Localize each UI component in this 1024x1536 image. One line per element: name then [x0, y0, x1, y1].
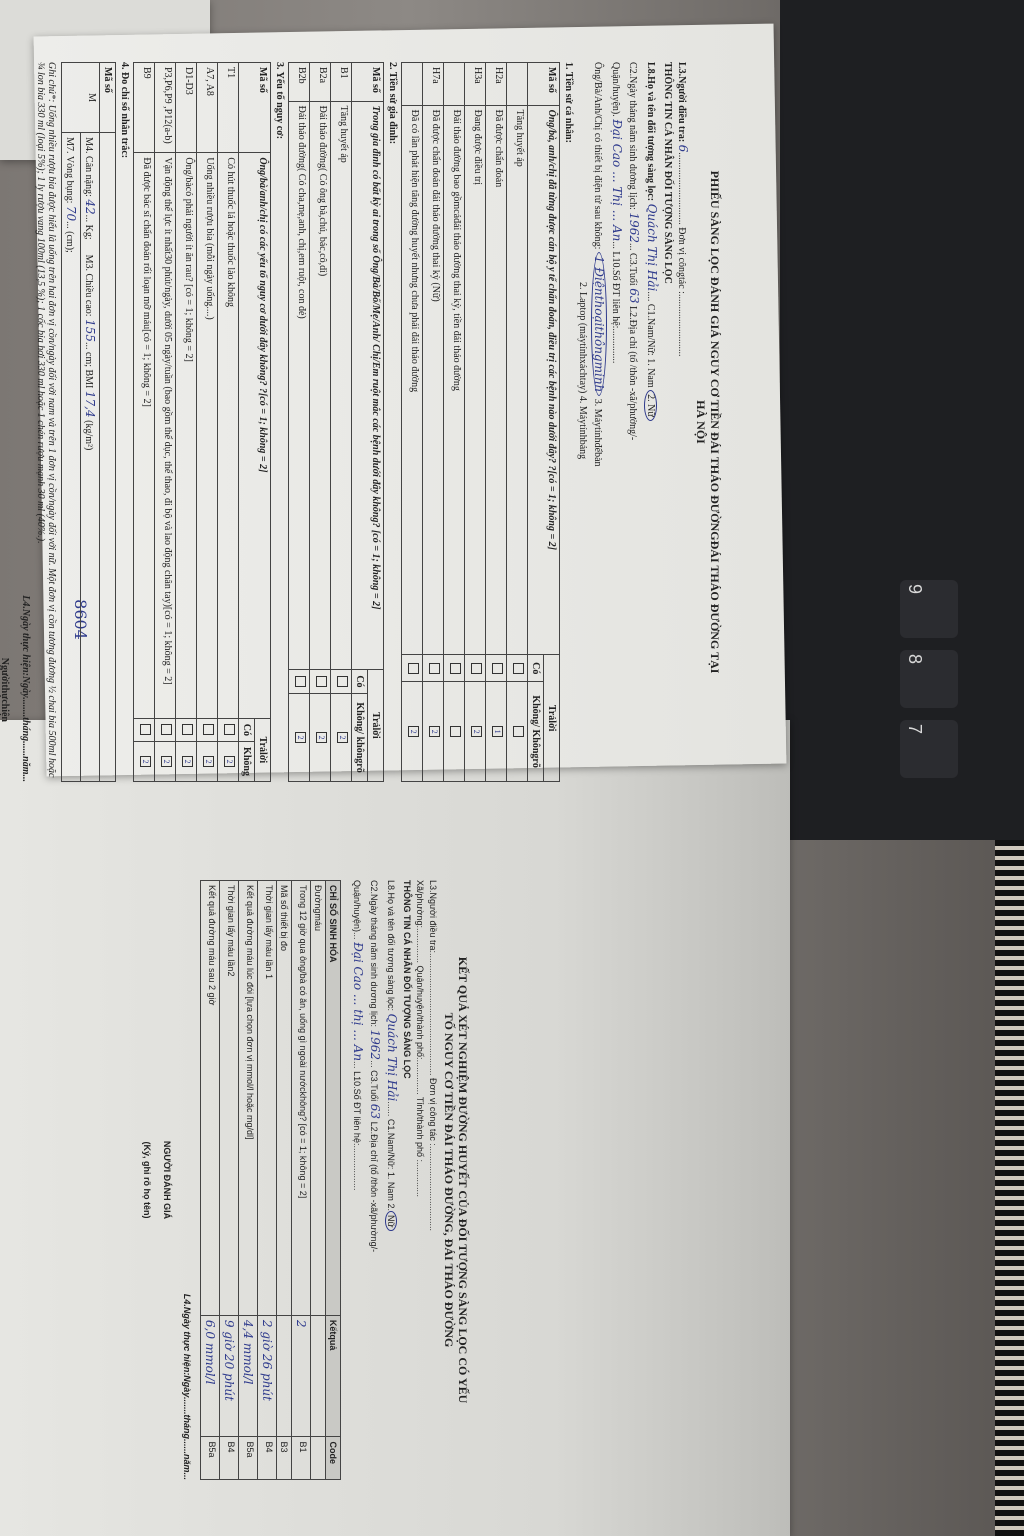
- yes-cell: [197, 718, 218, 741]
- yes-cell: [155, 718, 176, 741]
- name-value: Quách Thị Hải: [645, 204, 659, 292]
- name-row: L8.Họ và tên đối tượng sàng lọc: Quách T…: [385, 880, 399, 1480]
- signer-title: Ngườithựchiện: [0, 62, 10, 782]
- yes-cell: [444, 655, 465, 682]
- sec2-col-no: Không/ khôngrõ: [352, 694, 368, 782]
- interviewer-row: L3.Người điều tra:......................…: [428, 880, 438, 1480]
- row-code: P3,P6,P9 ,P12(a-b): [155, 63, 176, 153]
- row-code: [402, 63, 423, 106]
- row-label: Đang được điều trị: [465, 105, 486, 655]
- yes-checkbox[interactable]: [203, 724, 214, 735]
- form-title: PHIẾU SÀNG LỌC ĐÁNH GIÁ NGUY CƠ TIỀN ĐÁI…: [693, 62, 722, 782]
- cell-label: Thời gian lấy máu lần2: [220, 881, 239, 1316]
- sec3-answer-header: Trảlời: [255, 718, 271, 781]
- no-cell: 2: [289, 694, 310, 782]
- table-row: B9Đã được bác sĩ chẩn đoán rối loạn mỡ m…: [134, 63, 155, 782]
- phone-label: L10.Số ĐT liên hệ:: [610, 251, 621, 328]
- sec3-rows: T1Có hút thuốc lá hoặc thuốc lào không2A…: [134, 63, 239, 782]
- table-row: T1Có hút thuốc lá hoặc thuốc lào không2: [218, 63, 239, 782]
- sec1-question: Ông/bà, anh/chị đã từng được cán bộ y tế…: [528, 105, 560, 655]
- waist-value: 70: [64, 206, 78, 221]
- dob-row: C2.Ngày tháng năm sinh dương lịch: 1962.…: [627, 62, 641, 782]
- biochem-rows: ĐườngmáuTrong 12 giờ qua ông/bà có ăn, u…: [201, 881, 326, 1480]
- row-code: H7a: [423, 63, 444, 106]
- no-cell: 2: [402, 682, 423, 782]
- weight-height-row: M4. Cân nặng: 42... Kg; M3. Chiều cao: 1…: [81, 133, 100, 782]
- sec1-answer-header: Trảlời: [544, 655, 560, 782]
- weight-unit: Kg;: [83, 225, 94, 240]
- table-row: Đái tháo đường bao gồmcảđái tháo đường t…: [444, 63, 465, 782]
- cell-label: Kết quả đường máu sau 2 giờ: [201, 881, 220, 1316]
- sec2-title: 2. Tiền sử gia đình:: [387, 62, 398, 782]
- bmi-label: BMI: [83, 370, 94, 389]
- sec2-answer-header: Trảlời: [368, 669, 384, 781]
- form-title: KẾT QUẢ XÉT NGHIỆM ĐƯỜNG HUYẾT CỦA ĐỐI T…: [441, 880, 470, 1480]
- yes-cell: [465, 655, 486, 682]
- row-code: [444, 63, 465, 106]
- no-cell: 2: [331, 694, 352, 782]
- yes-checkbox[interactable]: [182, 724, 193, 735]
- no-checkbox[interactable]: 1: [492, 726, 503, 737]
- sec2-table: Mã số Trong gia đình có bất kỳ ai trong …: [288, 62, 384, 782]
- sec1-col-no: Không/ Khôngrõ: [528, 682, 544, 782]
- gender-selected: 2. Nữ: [644, 390, 657, 421]
- row-label: Đái tháo đường( Có ông bà,chú, bác,cô,dì…: [310, 101, 331, 669]
- signer-note: (Ký, ghi rõ họ tên): [142, 880, 152, 1480]
- title-line-2: TỐ NGUY CƠ TIỀN ĐÁI THÁO ĐƯỜNG, ĐÁI THÁO…: [441, 880, 455, 1480]
- cell-code: B1: [292, 1437, 311, 1480]
- key-label: 7: [904, 724, 925, 734]
- interviewer-row: L3.Người điều tra: 6....................…: [676, 62, 690, 782]
- no-checkbox[interactable]: 2: [203, 756, 214, 767]
- sec1-table: Mã số Ông/bà, anh/chị đã từng được cán b…: [401, 62, 560, 782]
- date-line: L4.Ngày thực hiện:Ngày........tháng.....…: [20, 62, 31, 782]
- row-code: B2a: [310, 63, 331, 102]
- table-row: Mã số thiết bị đoB3: [277, 881, 292, 1480]
- bmi-value: 17,4: [83, 391, 97, 418]
- yes-cell: [507, 655, 528, 682]
- row-label: Đã được chẩn đoán đái tháo đường thai kỳ…: [423, 105, 444, 655]
- work-unit-label: Đơn vị côngtác :: [676, 227, 687, 294]
- weight-label: M4. Cân nặng:: [83, 137, 94, 197]
- table-row: P3,P6,P9 ,P12(a-b)Vận động thể lực ít nh…: [155, 63, 176, 782]
- dob-row: C2.Ngày tháng năm sinh dương lịch: 1962.…: [368, 880, 382, 1480]
- row-code: B1: [331, 63, 352, 102]
- table-row: Tăng huyết áp: [507, 63, 528, 782]
- height-unit: cm;: [83, 352, 94, 367]
- no-checkbox[interactable]: 2: [429, 726, 440, 737]
- height-label: M3. Chiều cao:: [83, 255, 94, 317]
- table-row: B2bĐái tháo đường( Có cha,mẹ,anh, chị,em…: [289, 63, 310, 782]
- yes-checkbox[interactable]: [429, 663, 440, 674]
- row-code: A7, A8: [197, 63, 218, 153]
- row-code: B2b: [289, 63, 310, 102]
- yes-checkbox[interactable]: [492, 663, 503, 674]
- yes-cell: [423, 655, 444, 682]
- yes-cell: [289, 669, 310, 693]
- row-code: H2a: [486, 63, 507, 106]
- table-row: H3aĐang được điều trị2: [465, 63, 486, 782]
- no-checkbox[interactable]: 2: [316, 732, 327, 743]
- row-code: H3a: [465, 63, 486, 106]
- table-row: Đã có lần phát hiện tăng đường huyết như…: [402, 63, 423, 782]
- row-label: Tăng huyết áp: [331, 101, 352, 669]
- sec3-code-header: Mã số: [239, 63, 271, 153]
- col-header-result: Kếtquả: [326, 1315, 341, 1437]
- table-row: B1Tăng huyết áp2: [331, 63, 352, 782]
- no-cell: 2: [465, 682, 486, 782]
- district2-row: Quận/huyện)... Đại Cao ... thị ... An...…: [351, 880, 365, 1480]
- table-row: Kết quả đường máu lúc đói [lựa chọn đơn …: [239, 881, 258, 1480]
- no-cell: 2: [423, 682, 444, 782]
- interviewer-value: 6: [676, 145, 690, 153]
- phone-label: L10.Số ĐT liên hệ:: [352, 1071, 362, 1145]
- no-checkbox[interactable]: 2: [295, 732, 306, 743]
- sec4-code: M: [62, 63, 100, 133]
- row-label: Ông/bàcó phải người ít ăn rau? [có = 1; …: [176, 153, 197, 718]
- waist-row: M7. Vòng bụng: 70... (cm);: [62, 133, 81, 782]
- no-checkbox[interactable]: 2: [161, 756, 172, 767]
- sec4-table: Mã số M M4. Cân nặng: 42... Kg; M3. Chiề…: [61, 62, 116, 782]
- cell-result[interactable]: [311, 1315, 326, 1437]
- sec1-title: 1. Tiền sử cá nhân:: [563, 62, 574, 782]
- sec3-col-yes: Có: [239, 718, 255, 741]
- col-header-code: Code: [326, 1437, 341, 1480]
- no-checkbox[interactable]: 2: [337, 732, 348, 743]
- table-row: D1-D3Ông/bàcó phải người ít ăn rau? [có …: [176, 63, 197, 782]
- no-cell: 1: [486, 682, 507, 782]
- device-row-2: 2. Laptop (máytínhxáchtay) 4. Máytínhbản…: [577, 62, 588, 782]
- name-value: Quách Thị Hải: [385, 1014, 399, 1102]
- sec4-title: 4. Đo chỉ số nhân trắc:: [119, 62, 130, 782]
- table-row: Đườngmáu: [311, 881, 326, 1480]
- location-row: Xã/phường:.............. Quận/huyện/thàn…: [415, 880, 425, 1480]
- sec3-title: 3. Yếu tố nguy cơ:: [274, 62, 285, 782]
- cell-result[interactable]: 4,4 mmol/l: [239, 1315, 258, 1437]
- dob-label: C2.Ngày tháng năm sinh dương lịch:: [369, 880, 379, 1027]
- cell-label: Kết quả đường máu lúc đói [lựa chọn đơn …: [239, 881, 258, 1316]
- table-row: Trong 12 giờ qua ông/bà có ăn, uống gì n…: [292, 881, 311, 1480]
- district2-value: Đại Cao ... thị ... An: [351, 942, 365, 1061]
- age-label: C3.Tuổi: [627, 253, 638, 286]
- interviewer-label: L3.Người điều tra:: [428, 880, 438, 953]
- cell-code: [311, 1437, 326, 1480]
- row-label: Vận động thể lực ít nhất30 phút/ngày, dư…: [155, 153, 176, 718]
- row-label: Đã được bác sĩ chẩn đoán rối loạn mỡ máu…: [134, 153, 155, 718]
- cell-code: B4: [258, 1437, 277, 1480]
- commune-label: Xã/phường:: [415, 880, 425, 928]
- no-cell: 2: [197, 742, 218, 782]
- section-title: THÔNG TIN CÁ NHÂN ĐỐI TƯỢNG SÀNG LỌC: [402, 880, 412, 1480]
- signer-title: NGƯỜI ĐÁNH GIÁ: [162, 880, 172, 1480]
- yes-cell: [486, 655, 507, 682]
- address-label: L2.Địa chỉ (tổ /thôn -xã/phường/-: [369, 1122, 379, 1253]
- col-header-indicator: CHỈ SỐ SINH HÓA: [326, 881, 341, 1316]
- sec3-col-no: Không: [239, 742, 255, 782]
- dob-value: 1962: [627, 212, 641, 243]
- title-line-1: PHIẾU SÀNG LỌC ĐÁNH GIÁ NGUY CƠ TIỀN ĐÁI…: [708, 62, 722, 782]
- row-label: Đái tháo đường bao gồmcảđái tháo đường t…: [444, 105, 465, 655]
- yes-checkbox[interactable]: [295, 676, 306, 687]
- sec4-blank: [100, 133, 116, 782]
- biochem-table: CHỈ SỐ SINH HÓA Kếtquả Code ĐườngmáuTron…: [200, 880, 341, 1480]
- name-label: L8.Họ và tên đối tượng sàng lọc:: [645, 62, 656, 201]
- no-cell: 2: [155, 742, 176, 782]
- key-7: 7: [900, 720, 958, 778]
- device-option-3: 3. Máytínhđểbàn: [592, 399, 603, 467]
- cell-result[interactable]: 9 giờ 20 phút: [220, 1315, 239, 1437]
- gender-label: C1.Nam/Nữ: 1. Nam: [645, 304, 656, 388]
- yes-checkbox[interactable]: [161, 724, 172, 735]
- district-row: Quận/huyện). Đại Cao ... Thị ... An... L…: [610, 62, 624, 782]
- table-row: H7aĐã được chẩn đoán đái tháo đường thai…: [423, 63, 444, 782]
- row-label: Đái tháo đường( Có cha,mẹ,anh, chị,em ru…: [289, 101, 310, 669]
- no-checkbox[interactable]: [450, 726, 461, 737]
- cell-label: Mã số thiết bị đo: [277, 881, 292, 1316]
- sec2-question: Trong gia đình có bất kỳ ai trong số Ông…: [352, 101, 384, 669]
- table-row: A7, A8Uống nhiều rượu bia (mỗi ngày uống…: [197, 63, 218, 782]
- device-question: Ông/Bà/Anh/Chị có thiết bị điện tử sau k…: [592, 62, 603, 249]
- cell-result[interactable]: 6,0 mmol/l: [201, 1315, 220, 1437]
- province-label: Tỉnh/thành phố :: [415, 1097, 425, 1162]
- waist-label: M7. Vòng bụng:: [64, 137, 75, 203]
- section-title: THÔNG TIN CÁ NHÂN ĐỐI TƯỢNG SÀNG LỌC: [662, 62, 673, 782]
- name-row: L8.Họ và tên đối tượng sàng lọc: Quách T…: [644, 62, 659, 782]
- gender-label: C1.Nam/Nữ: 1. Nam: [386, 1119, 396, 1201]
- no-cell: 2: [134, 742, 155, 782]
- no-cell: 2: [176, 742, 197, 782]
- name-label: L8.Họ và tên đối tượng sàng lọc:: [386, 880, 396, 1011]
- sec3-question: Ông/bà/anh/chị có các yếu tố nguy cơ dướ…: [239, 153, 271, 718]
- yes-checkbox[interactable]: [316, 676, 327, 687]
- row-label: Có hút thuốc lá hoặc thuốc lào không: [218, 153, 239, 718]
- age-value: 63: [627, 288, 641, 303]
- blood-glucose-result-form: KẾT QUẢ XÉT NGHIỆM ĐƯỜNG HUYẾT CỦA ĐỐI T…: [50, 880, 470, 1480]
- row-label: Uống nhiều rượu bia (mỗi ngày uống....): [197, 153, 218, 718]
- table-row: Thời gian lấy máu lần 12 giờ 26 phútB4: [258, 881, 277, 1480]
- diabetes-screening-form: PHIẾU SÀNG LỌC ĐÁNH GIÁ NGUY CƠ TIỀN ĐÁI…: [82, 62, 722, 782]
- table-row: H2aĐã được chẩn đoán1: [486, 63, 507, 782]
- sec1-col-yes: Có: [528, 655, 544, 682]
- yes-cell: [331, 669, 352, 693]
- cell-code: B3: [277, 1437, 292, 1480]
- interviewer-label: L3.Người điều tra:: [676, 62, 687, 142]
- waist-unit: (cm);: [64, 231, 75, 253]
- row-code: D1-D3: [176, 63, 197, 153]
- cell-code: B5a: [239, 1437, 258, 1480]
- no-checkbox[interactable]: 2: [224, 756, 235, 767]
- no-cell: [444, 682, 465, 782]
- district2-label: Quận/huyện): [352, 880, 362, 932]
- yes-checkbox[interactable]: [224, 724, 235, 735]
- cell-result[interactable]: 2: [292, 1315, 311, 1437]
- age-value: 63: [368, 1104, 382, 1119]
- yes-cell: [134, 718, 155, 741]
- district-value: Đại Cao ... Thị ... An: [610, 119, 624, 241]
- work-unit-label: Đơn vị công tác :: [428, 1078, 438, 1146]
- yes-checkbox[interactable]: [408, 663, 419, 674]
- row-label: Đã được chẩn đoán: [486, 105, 507, 655]
- yes-cell: [310, 669, 331, 693]
- sec1-rows: Tăng huyết ápH2aĐã được chẩn đoán1H3aĐan…: [402, 63, 528, 782]
- table-row: Thời gian lấy máu lần29 giờ 20 phútB4: [220, 881, 239, 1480]
- key-9: 9: [900, 580, 958, 638]
- no-cell: 2: [310, 694, 331, 782]
- sec3-table: Mã số Ông/bà/anh/chị có các yếu tố nguy …: [133, 62, 271, 782]
- yes-checkbox[interactable]: [471, 663, 482, 674]
- dob-label: C2.Ngày tháng năm sinh dương lịch:: [627, 62, 638, 210]
- no-checkbox[interactable]: 2: [471, 726, 482, 737]
- no-checkbox[interactable]: 2: [182, 756, 193, 767]
- desk-edge: [995, 840, 1024, 1536]
- yes-cell: [218, 718, 239, 741]
- cell-result[interactable]: [277, 1315, 292, 1437]
- sec4-code-header: Mã số: [100, 63, 116, 133]
- gender-option-2: 2.: [386, 1203, 396, 1211]
- table-row: Kết quả đường máu sau 2 giờ6,0 mmol/lB5a: [201, 881, 220, 1480]
- sec1-code-header: Mã số: [528, 63, 560, 106]
- device-option-1: 1 Điệnthoạithôngminh: [591, 252, 607, 396]
- yes-checkbox[interactable]: [140, 724, 151, 735]
- no-cell: [507, 682, 528, 782]
- cell-label: Đườngmáu: [311, 881, 326, 1316]
- row-label: Đã có lần phát hiện tăng đường huyết như…: [402, 105, 423, 655]
- cell-result[interactable]: 2 giờ 26 phút: [258, 1315, 277, 1437]
- device-row: Ông/Bà/Anh/Chị có thiết bị điện tử sau k…: [591, 62, 607, 782]
- key-label: 8: [904, 654, 925, 664]
- no-cell: 2: [218, 742, 239, 782]
- title-line-1: KẾT QUẢ XÉT NGHIỆM ĐƯỜNG HUYẾT CỦA ĐỐI T…: [456, 880, 470, 1480]
- key-label: 9: [904, 584, 925, 594]
- cell-code: B4: [220, 1437, 239, 1480]
- title-line-2: HÀ NỘI: [693, 62, 707, 782]
- date-line: L4.Ngày thực hiện:Ngày.......tháng......…: [182, 880, 192, 1480]
- table-row: B2aĐái tháo đường( Có ông bà,chú, bác,cô…: [310, 63, 331, 782]
- district-label: Quận/huyện/thành phố:: [415, 965, 425, 1059]
- no-checkbox[interactable]: 2: [408, 726, 419, 737]
- keyboard: 7 8 9: [780, 0, 1024, 840]
- no-checkbox[interactable]: [513, 726, 524, 737]
- gender-selected: Nữ: [385, 1211, 397, 1232]
- dob-value: 1962: [368, 1030, 382, 1061]
- address-label: L2.Địa chỉ (tổ /thôn -xã/phường/-: [627, 306, 638, 440]
- row-code: T1: [218, 63, 239, 153]
- bmi-unit: (kg/m²): [83, 420, 94, 450]
- footnote: Ghi chú*: Uống nhiều rượu bia được hiểu …: [35, 62, 57, 782]
- district-label: Quận/huyện).: [610, 62, 621, 117]
- key-8: 8: [900, 650, 958, 708]
- yes-checkbox[interactable]: [513, 663, 524, 674]
- device-option-2: 2. Laptop (máytínhxáchtay): [577, 282, 588, 393]
- yes-checkbox[interactable]: [450, 663, 461, 674]
- age-label: C3.Tuổi: [369, 1070, 379, 1101]
- row-code: B9: [134, 63, 155, 153]
- device-option-4: 4. Máytínhbảng: [577, 396, 588, 459]
- yes-checkbox[interactable]: [337, 676, 348, 687]
- row-code: [507, 63, 528, 106]
- sec2-code-header: Mã số: [352, 63, 384, 102]
- sec2-col-yes: Có: [352, 669, 368, 693]
- sec2-rows: B1Tăng huyết áp2B2aĐái tháo đường( Có ôn…: [289, 63, 352, 782]
- row-label: Tăng huyết áp: [507, 105, 528, 655]
- weight-value: 42: [83, 199, 97, 214]
- yes-cell: [402, 655, 423, 682]
- cell-label: Thời gian lấy máu lần 1: [258, 881, 277, 1316]
- cell-code: B5a: [201, 1437, 220, 1480]
- yes-cell: [176, 718, 197, 741]
- no-checkbox[interactable]: 2: [140, 756, 151, 767]
- height-value: 155: [83, 319, 97, 342]
- cell-label: Trong 12 giờ qua ông/bà có ăn, uống gì n…: [292, 881, 311, 1316]
